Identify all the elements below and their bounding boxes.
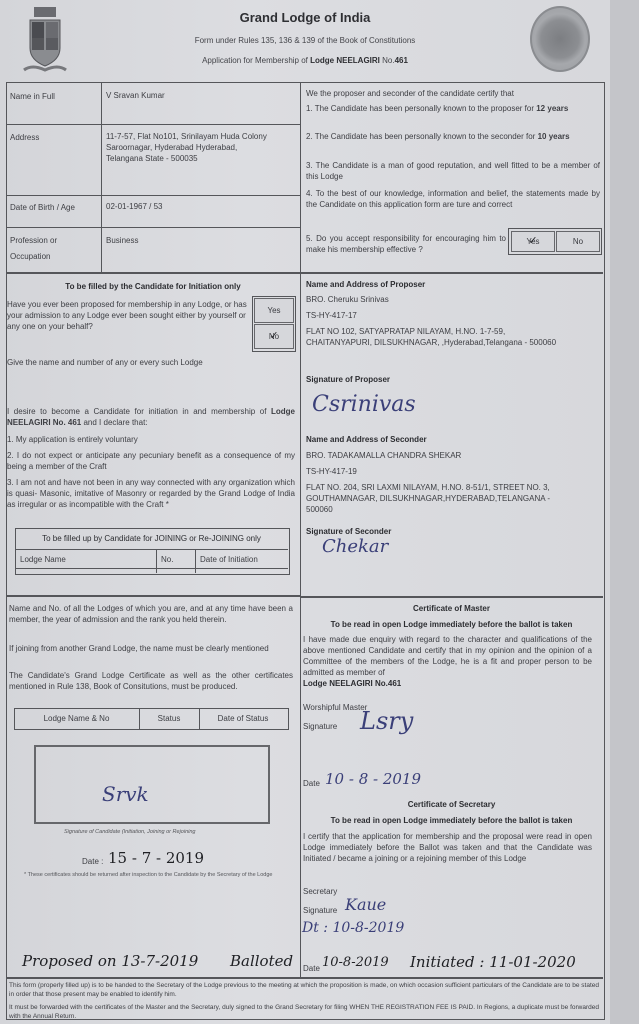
responsibility-no-checkbox[interactable]: No	[556, 231, 600, 252]
joining-col-no: No.	[161, 555, 173, 564]
declaration-prefix: I desire to become a Candidate for initi…	[7, 407, 271, 416]
candidate-signature-caption: Signature of Candidate (Initiation, Join…	[64, 829, 195, 835]
declaration-3: 3. I am not and have not been in any way…	[7, 477, 295, 510]
proposed-on-note: Proposed on 13-7-2019	[22, 952, 198, 970]
candidate-signature: Srvk	[102, 782, 149, 806]
joining-col-date: Date of Initiation	[200, 555, 258, 564]
master-cert-title: Certificate of Master	[300, 603, 603, 614]
check-mark-icon: ✓	[512, 232, 554, 251]
master-cert-subtitle: To be read in open Lodge immediately bef…	[300, 619, 603, 630]
details-divider	[101, 82, 102, 272]
lodges-history-text-1: Name and No. of all the Lodges of which …	[9, 603, 293, 625]
section-line	[300, 596, 603, 598]
history-col-date: Date of Status	[199, 714, 287, 723]
form-subtitle: Form under Rules 135, 136 & 139 of the B…	[0, 36, 610, 45]
secretary-label: Secretary	[303, 886, 337, 897]
certify-item-2: 2. The Candidate has been personally kno…	[306, 131, 600, 142]
seconder-reg-no: TS-HY-417-19	[306, 466, 357, 477]
section-line	[6, 595, 300, 597]
address-line-2: Saroornagar, Hyderabad Hyderabad,	[106, 142, 237, 153]
col-line	[195, 549, 196, 573]
declaration-intro: I desire to become a Candidate for initi…	[7, 406, 295, 428]
seconder-address-3: 500060	[306, 504, 333, 515]
ballot-date-label: Date	[303, 963, 320, 974]
secretary-cert-subtitle: To be read in open Lodge immediately bef…	[300, 815, 603, 826]
row-line	[15, 549, 288, 550]
section-line	[6, 272, 603, 274]
seconder-heading: Name and Address of Seconder	[306, 434, 427, 445]
address-label: Address	[10, 132, 39, 143]
row-line	[6, 195, 300, 196]
section-line	[6, 977, 603, 979]
declaration-2: 2. I do not expect or anticipate any pec…	[7, 450, 295, 472]
footer-instruction-1: This form (properly filled up) is to be …	[9, 981, 599, 999]
history-col-lodge: Lodge Name & No	[14, 714, 139, 723]
address-line-1: 11-7-57, Flat No101, Srinilayam Huda Col…	[106, 131, 267, 142]
row-line	[6, 124, 300, 125]
certify-item-4: 4. To the best of our knowledge, informa…	[306, 188, 600, 210]
footer-instruction-2: It must be forwarded with the certificat…	[9, 1003, 599, 1021]
seconder-signature: Chekar	[322, 536, 388, 557]
candidate-signature-box[interactable]	[34, 745, 270, 824]
name-label: Name in Full	[10, 91, 55, 102]
certify-item-5: 5. Do you accept responsibility for enco…	[306, 233, 506, 255]
worshipful-master-label: Worshipful Master	[303, 702, 367, 713]
profession-value: Business	[106, 235, 138, 246]
certify-item-3: 3. The Candidate is a man of good reputa…	[306, 160, 600, 182]
proposer-reg-no: TS-HY-417-17	[306, 310, 357, 321]
col-line	[156, 549, 157, 573]
declaration-suffix: and I declare that:	[81, 418, 147, 427]
name-value: V Sravan Kumar	[106, 90, 165, 101]
give-lodge-instruction: Give the name and number of any or every…	[7, 357, 203, 368]
row-line	[15, 568, 288, 569]
form-header: Grand Lodge of India Form under Rules 13…	[0, 0, 610, 80]
balloted-note: Balloted	[230, 952, 293, 970]
proposer-heading: Name and Address of Proposer	[306, 279, 425, 290]
certify-item-2-text: 2. The Candidate has been personally kno…	[306, 132, 538, 141]
occupation-label: Occupation	[10, 251, 50, 262]
seconder-years: 10	[538, 132, 547, 141]
lodge-name: Lodge NEELAGIRI	[310, 56, 380, 65]
candidate-date-label: Date :	[82, 856, 103, 867]
history-col-status: Status	[139, 714, 199, 723]
proposer-address-2: CHAITANYAPURI, DILSUKHNAGAR, ,Hyderabad,…	[306, 337, 556, 348]
lodge-no-prefix: No.	[380, 56, 395, 65]
secretary-signature-label: Signature	[303, 905, 337, 916]
secretary-signature: Kaue	[345, 895, 386, 914]
master-date-label: Date	[303, 778, 320, 789]
joining-col-lodge-name: Lodge Name	[20, 555, 66, 564]
lodges-history-text-2: If joining from another Grand Lodge, the…	[9, 643, 293, 654]
application-prefix: Application for Membership of	[202, 56, 310, 65]
years-label: years	[547, 104, 568, 113]
candidate-date-value: 15 - 7 - 2019	[108, 849, 204, 867]
certify-intro: We the proposer and seconder of the cand…	[306, 88, 600, 99]
secretary-cert-body: I certify that the application for membe…	[303, 831, 592, 864]
seconder-name: BRO. TADAKAMALLA CHANDRA SHEKAR	[306, 450, 461, 461]
master-signature: Lsry	[360, 707, 413, 735]
declaration-1: 1. My application is entirely voluntary	[7, 434, 295, 445]
secretary-cert-title: Certificate of Secretary	[300, 799, 603, 810]
lodge-number: 461	[395, 56, 408, 65]
application-line: Application for Membership of Lodge NEEL…	[0, 56, 610, 65]
check-mark-icon: ✓	[255, 325, 293, 348]
lodges-history-text-3: The Candidate's Grand Lodge Certificate …	[9, 670, 293, 692]
row-line	[6, 227, 300, 228]
initiated-note: Initiated : 11-01-2020	[410, 953, 576, 971]
dob-label: Date of Birth / Age	[10, 202, 75, 213]
master-cert-body: I have made due enquiry with regard to t…	[303, 634, 592, 678]
certificates-footnote: * These certificates should be returned …	[24, 872, 284, 879]
yes-label: Yes	[267, 306, 280, 315]
seconder-address-2: GOUTHAMNAGAR, DILSUKHNAGAR,HYDERABAD,TEL…	[306, 493, 550, 504]
column-divider	[300, 82, 301, 977]
initiation-question: Have you ever been proposed for membersh…	[7, 299, 247, 332]
address-line-3: Telangana State - 500035	[106, 153, 198, 164]
initiation-yes-checkbox[interactable]: Yes	[254, 298, 294, 323]
secretary-dated-note: Dt : 10-8-2019	[302, 920, 404, 936]
seconder-address-1: FLAT NO. 204, SRI LAXMI NILAYAM, H.NO. 8…	[306, 482, 550, 493]
no-label: No	[573, 237, 583, 246]
certify-item-1-text: 1. The Candidate has been personally kno…	[306, 104, 536, 113]
proposer-signature: Csrinivas	[312, 392, 416, 417]
master-cert-lodge: Lodge NEELAGIRI No.461	[303, 678, 401, 689]
proposer-signature-label: Signature of Proposer	[306, 374, 390, 385]
form-title: Grand Lodge of India	[0, 10, 610, 25]
master-signature-label: Signature	[303, 721, 337, 732]
proposer-address-1: FLAT NO 102, SATYAPRATAP NILAYAM, H.NO. …	[306, 326, 505, 337]
dob-value: 02-01-1967 / 53	[106, 201, 163, 212]
proposer-name: BRO. Cheruku Srinivas	[306, 294, 389, 305]
master-date-value: 10 - 8 - 2019	[325, 770, 421, 788]
proposer-years: 12	[536, 104, 545, 113]
initiation-heading: To be filled by the Candidate for Initia…	[6, 281, 300, 292]
responsibility-yes-checkbox[interactable]: Yes✓	[511, 231, 555, 252]
ballot-date-value: 10-8-2019	[322, 955, 389, 970]
profession-label: Profession or	[10, 235, 57, 246]
joining-table-heading: To be filled up by Candidate for JOINING…	[15, 533, 288, 544]
background-surface	[610, 0, 639, 1024]
certify-item-1: 1. The Candidate has been personally kno…	[306, 103, 600, 114]
years-label: years	[549, 132, 570, 141]
initiation-no-checkbox[interactable]: No✓	[254, 324, 294, 349]
